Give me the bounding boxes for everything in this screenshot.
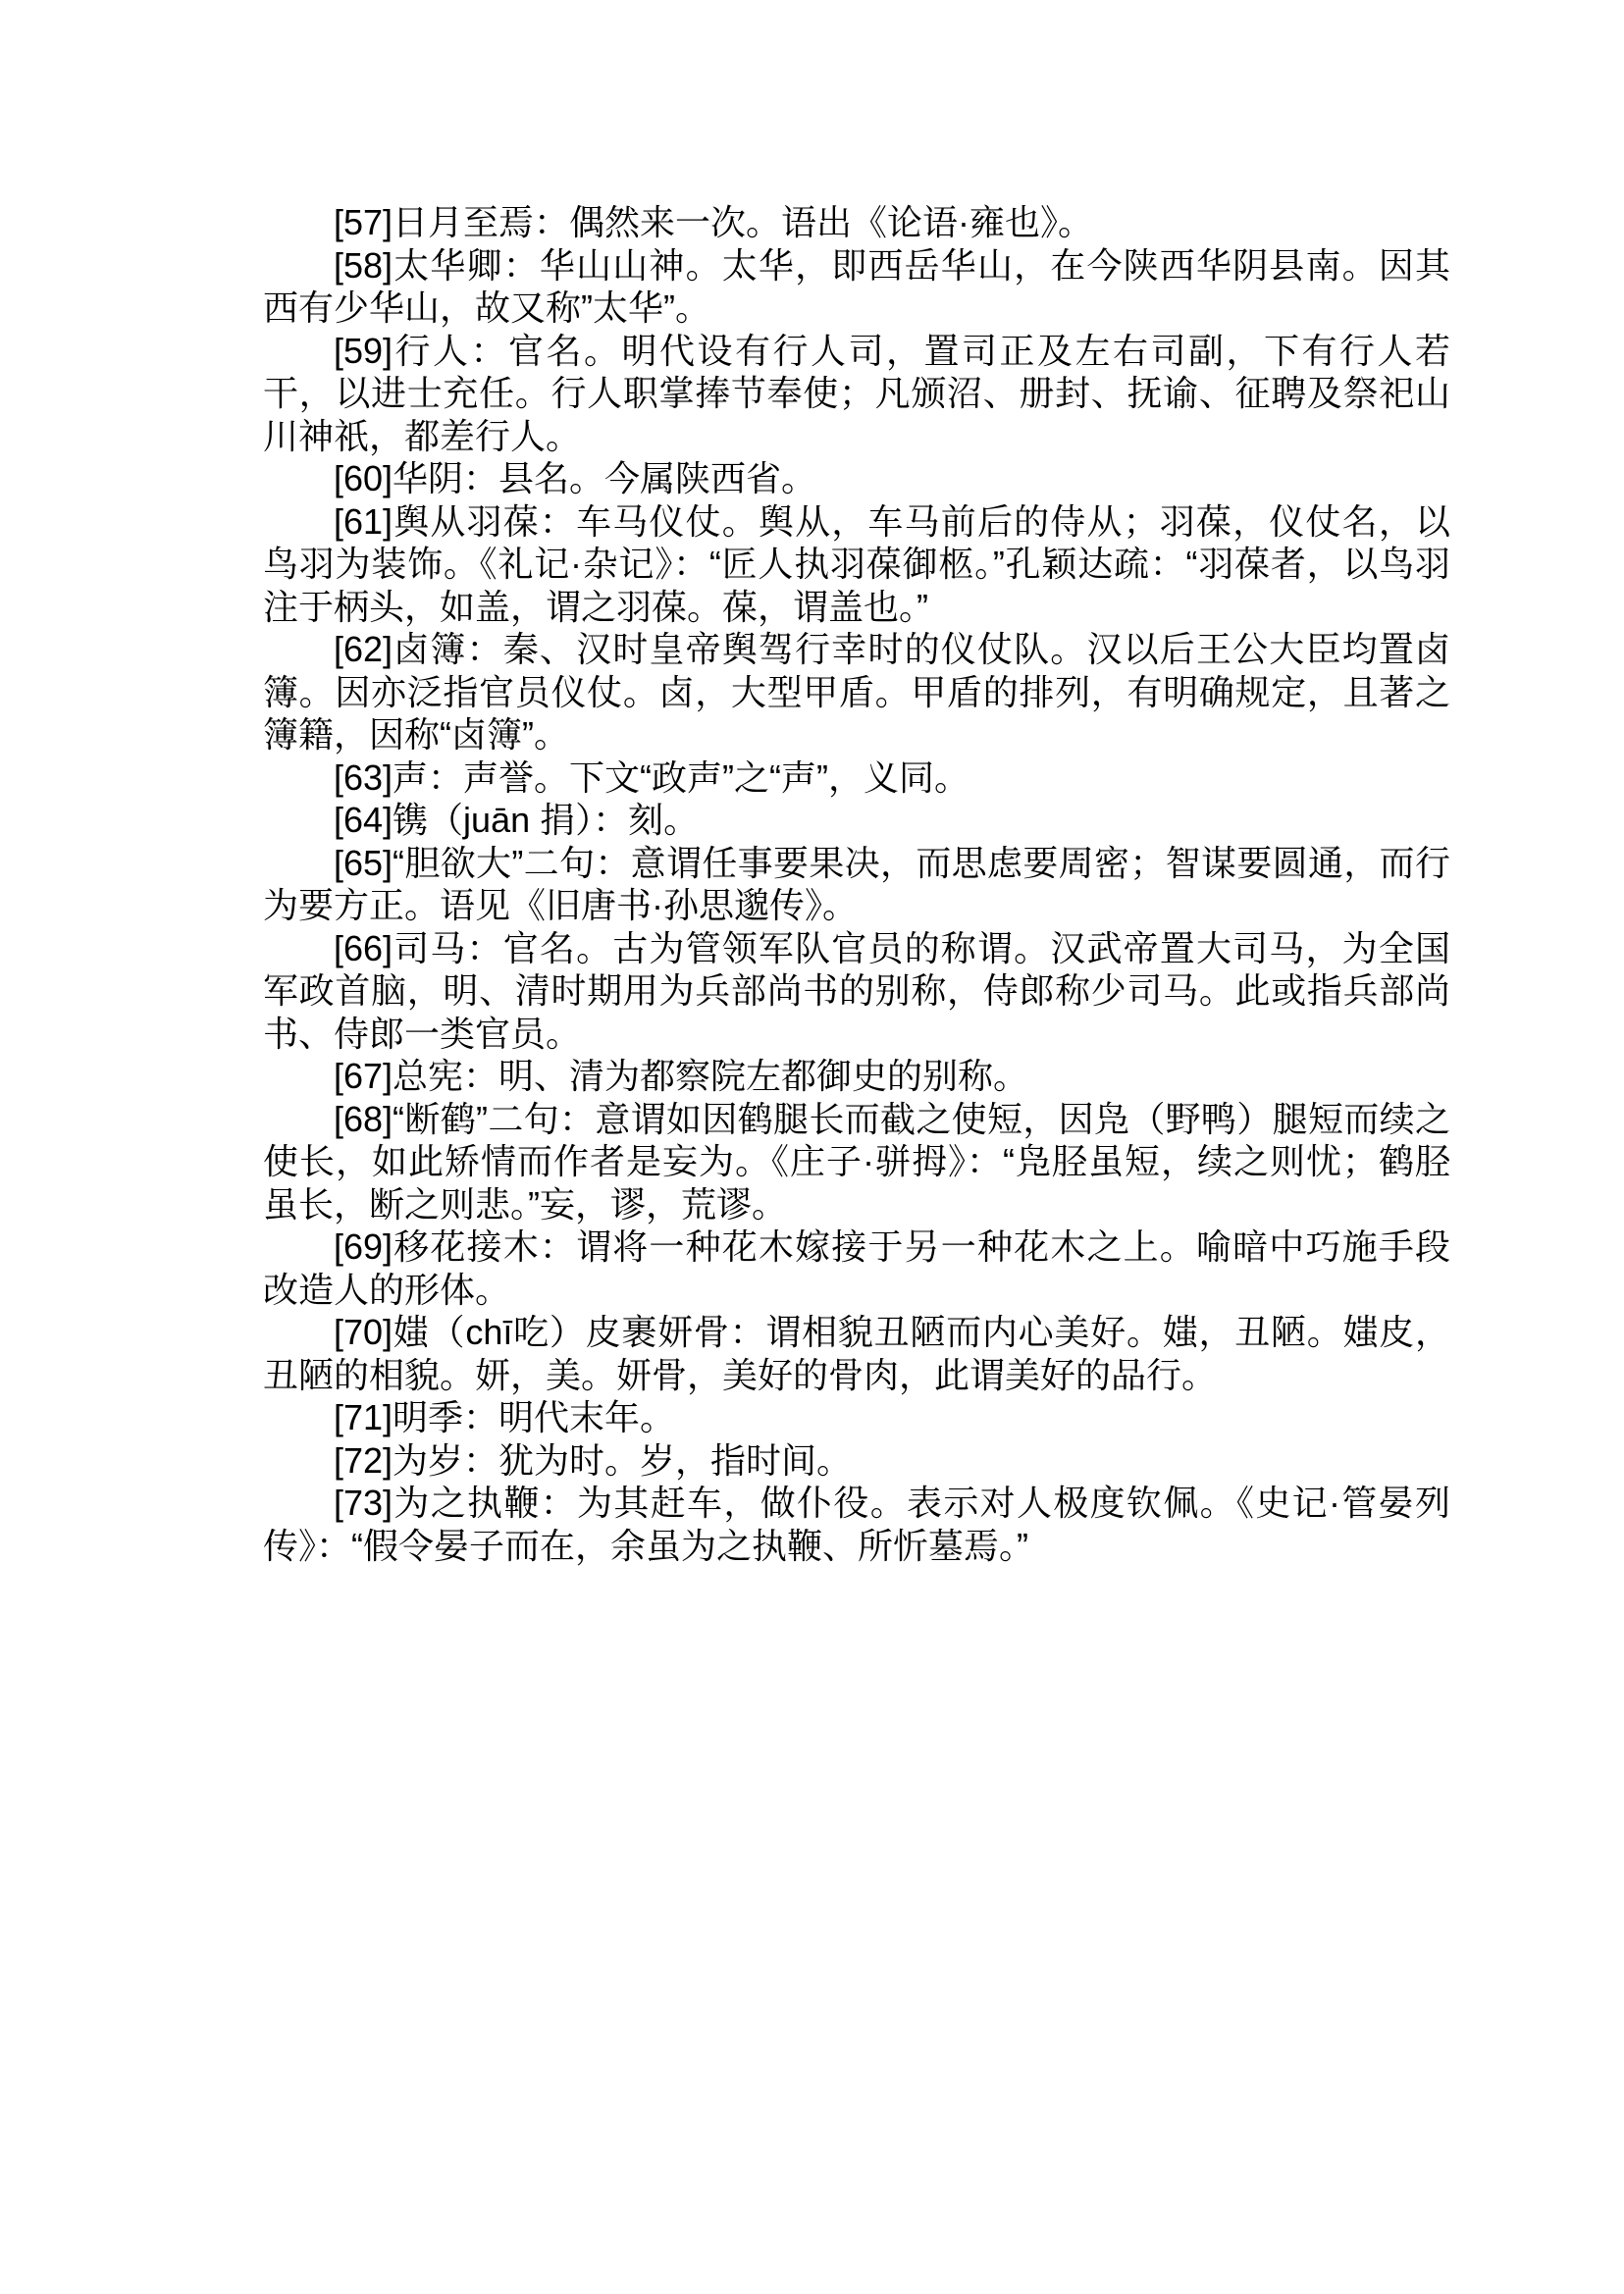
footnote-63: [63]声：声誉。下文“政声”之“声”，义同。: [263, 756, 1450, 800]
footnote-62: [62]卤簿：秦、汉时皇帝舆驾行幸时的仪仗队。汉以后王公大臣均置卤簿。因亦泛指官…: [263, 628, 1450, 756]
footnote-65: [65]“胆欲大”二句：意谓任事要果决，而思虑要周密；智谋要圆通，而行为要方正。…: [263, 842, 1450, 927]
footnote-73: [73]为之执鞭：为其赶车，做仆役。表示对人极度钦佩。《史记·管晏列传》：“假令…: [263, 1482, 1450, 1567]
footnote-59: [59]行人：官名。明代设有行人司，置司正及左右司副，下有行人若干，以进士充任。…: [263, 330, 1450, 458]
footnote-67: [67]总宪：明、清为都察院左都御史的别称。: [263, 1055, 1450, 1098]
document-page: [57]日月至焉：偶然来一次。语出《论语·雍也》。 [58]太华卿：华山山神。太…: [0, 0, 1624, 2294]
footnote-68: [68]“断鹤”二句：意谓如因鹤腿长而截之使短，因凫（野鸭）腿短而续之使长，如此…: [263, 1098, 1450, 1226]
footnote-64: [64]镌（juān 捐）：刻。: [263, 799, 1450, 842]
footnote-72: [72]为岁：犹为时。岁，指时间。: [263, 1439, 1450, 1483]
footnote-60: [60]华阴：县名。今属陕西省。: [263, 457, 1450, 500]
footnote-69: [69]移花接木：谓将一种花木嫁接于另一种花木之上。喻暗中巧施手段改造人的形体。: [263, 1225, 1450, 1311]
footnote-71: [71]明季：明代末年。: [263, 1396, 1450, 1439]
footnote-61: [61]舆从羽葆：车马仪仗。舆从，车马前后的侍从；羽葆，仪仗名，以鸟羽为装饰。《…: [263, 500, 1450, 629]
footnotes-block: [57]日月至焉：偶然来一次。语出《论语·雍也》。 [58]太华卿：华山山神。太…: [263, 201, 1450, 1567]
footnote-58: [58]太华卿：华山山神。太华，即西岳华山，在今陕西华阴县南。因其西有少华山，故…: [263, 244, 1450, 330]
footnote-57: [57]日月至焉：偶然来一次。语出《论语·雍也》。: [263, 201, 1450, 244]
footnote-70: [70]媸（chī吃）皮裹妍骨：谓相貌丑陋而内心美好。媸，丑陋。媸皮，丑陋的相貌…: [263, 1311, 1450, 1396]
footnote-66: [66]司马：官名。古为管领军队官员的称谓。汉武帝置大司马，为全国军政首脑，明、…: [263, 927, 1450, 1056]
